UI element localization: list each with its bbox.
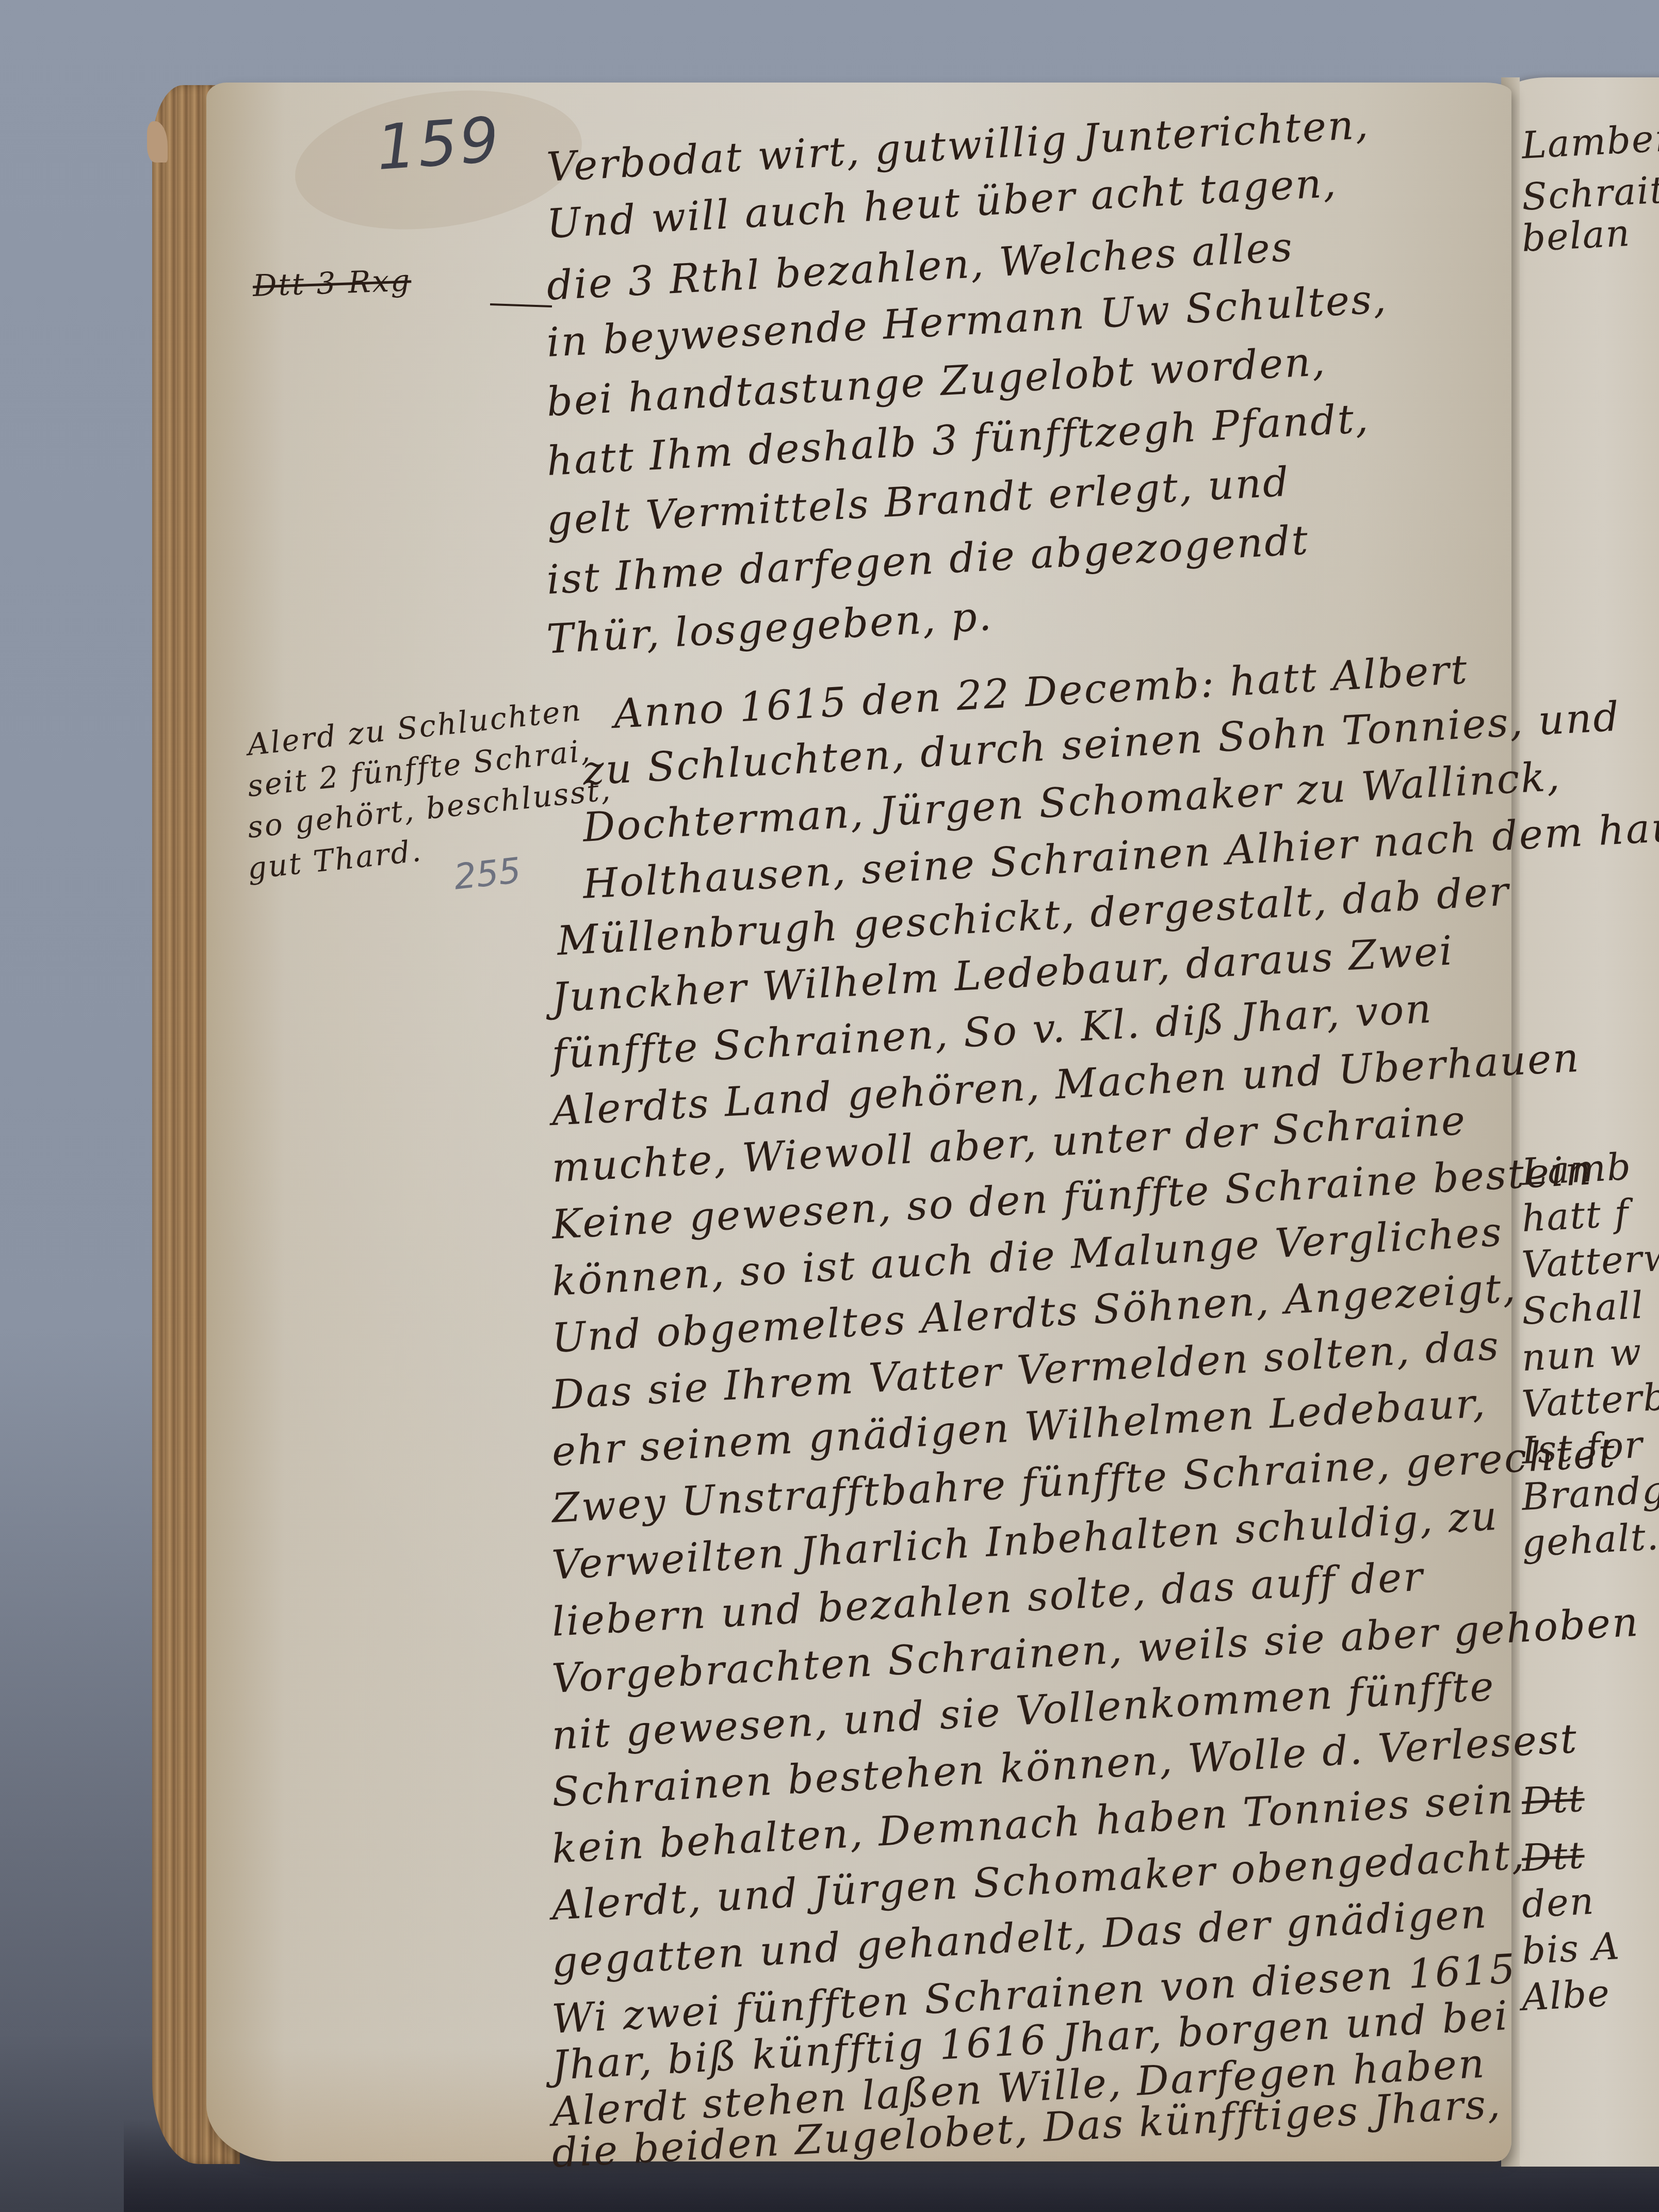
pencil-reference-number: 255 [452,850,523,898]
facing-fragment: bis A [1521,1924,1621,1973]
facing-fragment-struck: Dtt [1521,1833,1586,1880]
facing-fragment: hatt f [1521,1191,1631,1240]
facing-fragment: Schrait [1521,168,1659,219]
margin-note-struck: Dtt 3 Rxg [252,263,412,303]
facing-fragment: Vatterw [1521,1235,1659,1287]
facing-fragment: belan [1521,211,1632,260]
folio-number: 159 [374,104,503,184]
facing-fragment: Schall [1521,1283,1645,1333]
facing-fragment: Albe [1521,1971,1612,2019]
facing-fragment: Vatterb [1521,1375,1659,1426]
facing-fragment-struck: Dtt [1521,1777,1586,1823]
facing-fragment: Lamber [1521,116,1659,167]
facing-fragment: gehalt. [1521,1515,1659,1565]
facing-fragment: den [1521,1879,1596,1926]
photo-scene: Lamber Schrait belan Lamb hatt f Vatterw… [0,0,1659,2212]
facing-fragment: nun w [1521,1330,1644,1379]
